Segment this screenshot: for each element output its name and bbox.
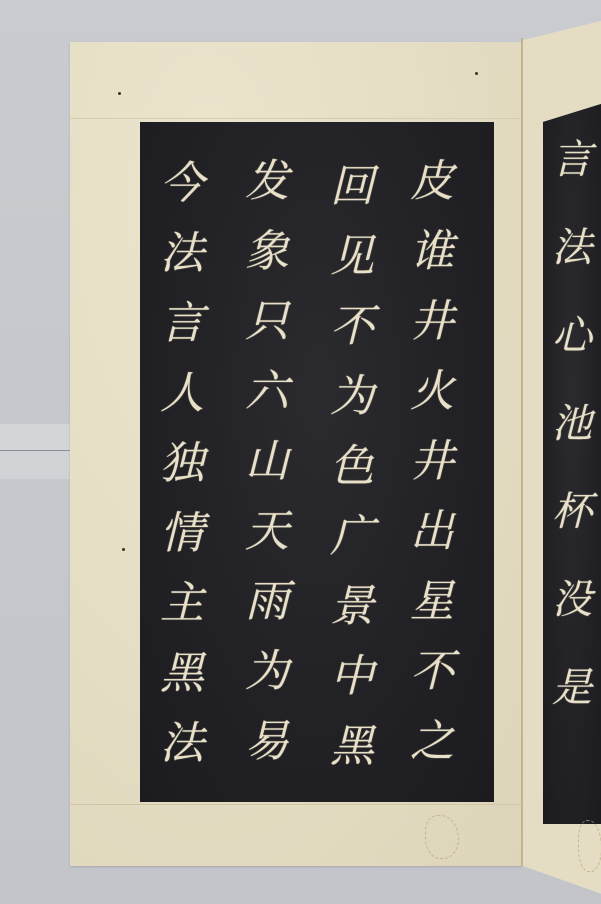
character: 发 <box>245 160 289 230</box>
paper-speck <box>475 72 478 75</box>
character: 火 <box>410 370 454 440</box>
background-band <box>0 424 80 450</box>
water-stain <box>425 815 459 859</box>
character: 情 <box>160 512 204 582</box>
character: 山 <box>245 440 289 510</box>
character: 井 <box>410 440 454 510</box>
character: 象 <box>245 230 289 300</box>
character: 出 <box>410 510 454 580</box>
water-stain <box>578 820 601 872</box>
character: 广 <box>330 515 374 585</box>
character: 黑 <box>330 725 374 795</box>
character: 杯 <box>552 492 592 580</box>
character: 井 <box>410 300 454 370</box>
character: 是 <box>552 668 592 756</box>
calligraphy-column: 回 见 不 为 色 广 景 中 黑 <box>330 165 374 795</box>
character: 之 <box>410 720 454 790</box>
paper-speck <box>118 92 121 95</box>
character: 雨 <box>245 580 289 650</box>
character: 今 <box>160 162 204 232</box>
character: 主 <box>160 582 204 652</box>
paper-speck <box>122 548 125 551</box>
page-fold-line <box>70 118 522 119</box>
character: 法 <box>160 232 204 302</box>
calligraphy-column-right-page: 言 法 心 池 杯 没 是 <box>552 140 592 756</box>
character: 谁 <box>410 230 454 300</box>
character: 不 <box>330 305 374 375</box>
character: 池 <box>552 404 592 492</box>
page-fold-line <box>70 804 522 805</box>
character: 中 <box>330 655 374 725</box>
character: 回 <box>330 165 374 235</box>
calligraphy-column: 今 法 言 人 独 情 主 黑 法 <box>160 162 204 792</box>
character: 色 <box>330 445 374 515</box>
character: 心 <box>552 316 592 404</box>
background-band <box>0 451 80 479</box>
book-gutter <box>521 38 523 866</box>
character: 人 <box>160 372 204 442</box>
character: 见 <box>330 235 374 305</box>
character: 星 <box>410 580 454 650</box>
character: 六 <box>245 370 289 440</box>
character: 言 <box>160 302 204 372</box>
character: 为 <box>330 375 374 445</box>
character: 为 <box>245 650 289 720</box>
character: 黑 <box>160 652 204 722</box>
character: 只 <box>245 300 289 370</box>
character: 景 <box>330 585 374 655</box>
character: 言 <box>552 140 592 228</box>
character: 没 <box>552 580 592 668</box>
character: 法 <box>160 722 204 792</box>
character: 易 <box>245 720 289 790</box>
character: 法 <box>552 228 592 316</box>
character: 独 <box>160 442 204 512</box>
calligraphy-column: 皮 谁 井 火 井 出 星 不 之 <box>410 160 454 790</box>
character: 不 <box>410 650 454 720</box>
calligraphy-column: 发 象 只 六 山 天 雨 为 易 <box>245 160 289 790</box>
character: 皮 <box>410 160 454 230</box>
character: 天 <box>245 510 289 580</box>
